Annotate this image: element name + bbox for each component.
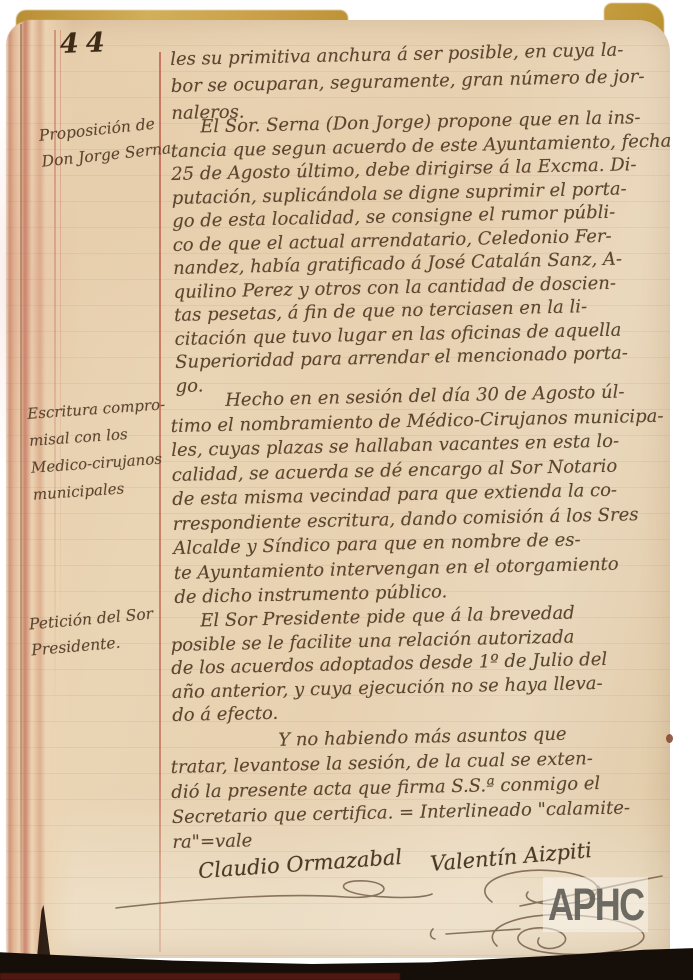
body-paragraph-cierre: Y no habiendo más asuntos que tratar, le…	[170, 719, 678, 855]
body-paragraph-proposicion: El Sor. Serna (Don Jorge) propone que en…	[170, 105, 681, 398]
margin-note-escritura: Escritura compro- misal con los Medico-c…	[26, 391, 171, 508]
aphc-watermark: APHC	[543, 877, 648, 932]
aphc-watermark-text: APHC	[548, 879, 644, 931]
page-number: 44	[59, 27, 112, 60]
page-edge-mark	[666, 734, 673, 743]
body-paragraph-peticion: El Sor Presidente pide que á la brevedad…	[170, 599, 677, 727]
margin-note-peticion: Petición del Sor Presidente.	[28, 601, 156, 664]
manuscript-scan: 44 Proposición de Don Jorge Serna Escrit…	[0, 0, 693, 980]
red-margin-rule	[159, 52, 161, 952]
body-paragraph-escritura: Hecho en en sesión del día 30 de Agosto …	[170, 379, 680, 610]
book-cover-edge	[0, 973, 400, 980]
